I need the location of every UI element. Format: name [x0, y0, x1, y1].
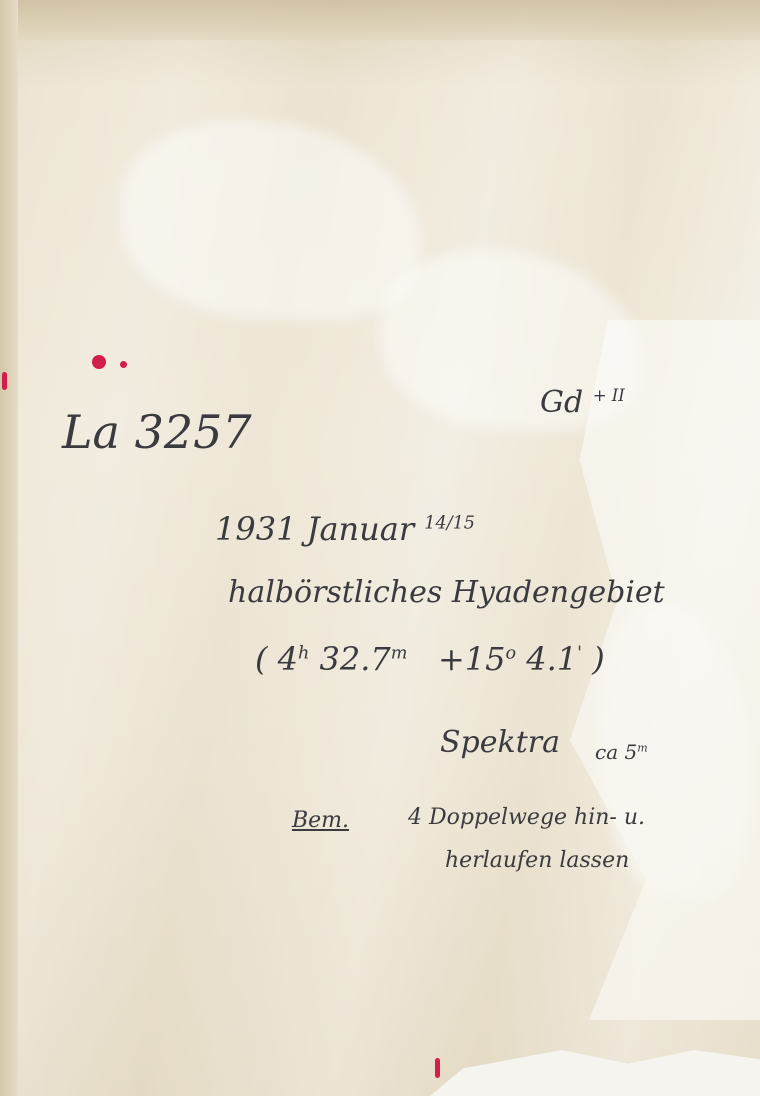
date-line: 1931 Januar 14/15: [215, 510, 475, 548]
ra-m-unit: m: [391, 643, 408, 663]
remark-line-2: herlaufen lassen: [445, 848, 629, 873]
spectra-label: Spektra: [440, 725, 560, 760]
ra-h-unit: h: [298, 643, 309, 663]
month: Januar: [307, 510, 415, 548]
red-ink-dot: [120, 361, 127, 368]
dec-deg-unit: o: [506, 643, 517, 663]
dec-min-unit: ': [577, 643, 582, 663]
note-suffix: + II: [593, 386, 625, 405]
paren-open: (: [255, 640, 267, 678]
days: 14/15: [424, 513, 475, 533]
ra-hours: 4: [278, 640, 298, 678]
red-ink-mark: [2, 372, 7, 390]
duration-unit: m: [637, 741, 647, 754]
top-fold: [0, 0, 760, 40]
remark-label: Bem.: [292, 808, 349, 833]
coordinates: ( 4h 32.7m +15o 4.1' ): [255, 640, 605, 678]
year: 1931: [215, 510, 296, 548]
catalog-number: La 3257: [62, 405, 252, 459]
top-right-note: Gd + II: [540, 385, 625, 420]
red-ink-dot: [92, 355, 106, 369]
paren-close: ): [592, 640, 604, 678]
dec-degrees: +15: [438, 640, 506, 678]
red-ink-mark: [435, 1058, 440, 1078]
spectra-duration: ca 5m: [595, 740, 648, 764]
dec-minutes: 4.1: [526, 640, 577, 678]
ra-minutes: 32.7: [320, 640, 391, 678]
note-text: Gd: [540, 385, 583, 420]
description: halbörstliches Hyadengebiet: [228, 575, 665, 610]
left-edge: [0, 0, 18, 1096]
duration-value: ca 5: [595, 740, 637, 764]
remark-line-1: 4 Doppelwege hin- u.: [408, 805, 645, 830]
